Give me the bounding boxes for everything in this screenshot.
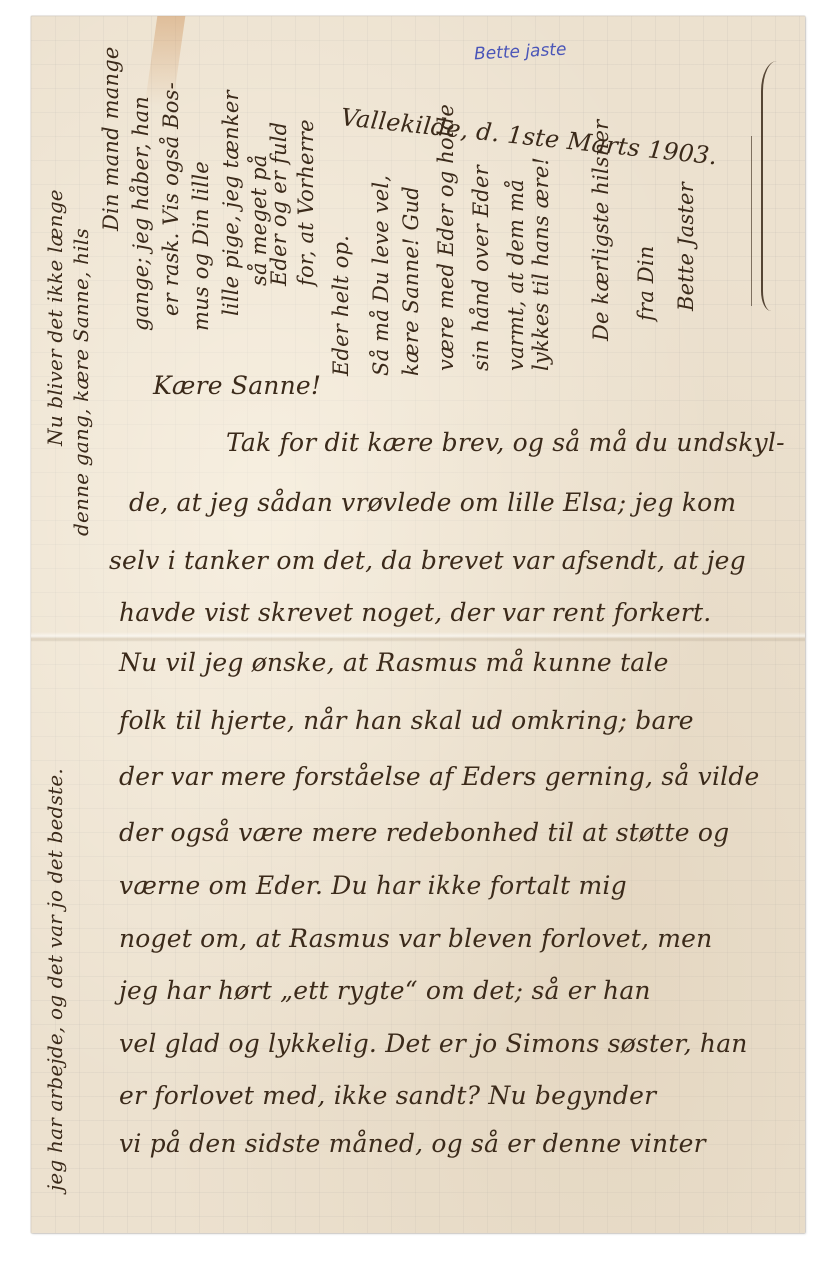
vcol: Så må Du leve vel, xyxy=(371,175,392,376)
vcol: Eder og er fuld xyxy=(269,122,290,286)
vcol: gange; jeg håber, han xyxy=(131,96,152,331)
body-line: værne om Eder. Du har ikke fortalt mig xyxy=(119,871,627,900)
vcol: for, at Vorherre xyxy=(296,119,317,286)
body-line: der var mere forståelse af Eders gerning… xyxy=(119,762,760,791)
vcol: Din mand mange xyxy=(101,47,122,231)
body-line: havde vist skrevet noget, der var rent f… xyxy=(119,598,711,627)
vcol: De kærligste hilsner xyxy=(591,120,612,341)
vcol: varmt, at dem må xyxy=(506,179,527,371)
vcol: Bette Jaster xyxy=(676,182,697,311)
body-line: selv i tanker om det, da brevet var afse… xyxy=(109,546,746,575)
greeting: Kære Sanne! xyxy=(153,371,321,400)
body-line: der også være mere redebonhed til at stø… xyxy=(119,818,729,847)
vcol: lille pige, jeg tænker xyxy=(221,90,242,316)
body-line: folk til hjerte, når han skal ud omkring… xyxy=(119,706,694,735)
vcol: er rask. Vis også Bos- xyxy=(161,82,182,316)
vcol: sin hånd over Eder xyxy=(471,165,492,371)
body-line: Tak for dit kære brev, og så må du undsk… xyxy=(226,428,785,457)
body-line: er forlovet med, ikke sandt? Nu begynder xyxy=(119,1081,656,1110)
closing-brace xyxy=(761,61,779,311)
vcol: fra Din xyxy=(636,246,657,322)
vcol: kære Sanne! Gud xyxy=(401,186,422,376)
body-line: de, at jeg sådan vrøvlede om lille Elsa;… xyxy=(129,488,736,517)
vcol: jeg har arbejde, og det var jo det bedst… xyxy=(45,768,65,1191)
body-line: vel glad og lykkelig. Det er jo Simons s… xyxy=(119,1029,748,1058)
vcol: denne gang, kære Sanne, hils xyxy=(71,228,91,536)
vcol: Nu bliver det ikke længe xyxy=(45,189,65,446)
fold-crease xyxy=(31,632,805,642)
body-line: noget om, at Rasmus var bleven forlovet,… xyxy=(119,924,712,953)
pencil-annotation: Bette jaste xyxy=(474,40,567,65)
body-line: jeg har hørt „ett rygte“ om det; så er h… xyxy=(119,976,651,1005)
vcol: Eder helt op. xyxy=(331,235,352,376)
vcol: mus og Din lille xyxy=(191,161,212,331)
margin-rule xyxy=(751,136,752,306)
vcol: være med Eder og holde xyxy=(436,104,457,371)
vcol: lykkes til hans ære! xyxy=(531,157,552,371)
letter-page: Bette jaste Vallekilde, d. 1ste Marts 19… xyxy=(31,16,805,1233)
body-line: vi på den sidste måned, og så er denne v… xyxy=(119,1129,706,1158)
body-line: Nu vil jeg ønske, at Rasmus må kunne tal… xyxy=(119,648,669,677)
